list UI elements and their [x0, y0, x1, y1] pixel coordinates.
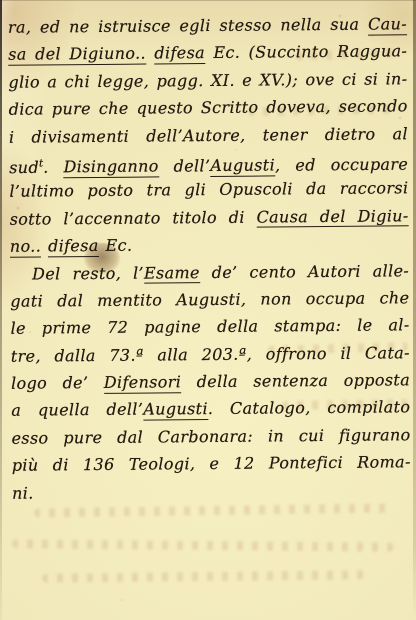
manuscript-line: l’ultimo posto tra gli Opuscoli da racco… [9, 175, 408, 206]
text-segment: a quella dell’ [11, 400, 143, 420]
underlined-text-segment: Esame [144, 263, 200, 284]
manuscript-line: sotto l’accennato titolo di Causa del Di… [10, 202, 409, 233]
manuscript-line: dica pure che questo Scritto doveva, sec… [9, 92, 408, 123]
text-segment: Del resto, l’ [32, 263, 144, 283]
manuscript-line: gati dal mentito Augusti, non occupa che [10, 284, 409, 315]
text-segment: più di 136 Teologi, e 12 Pontefici Roma- [12, 453, 411, 475]
text-segment: glio a chi legge, pagg. XI. e XV.); ove … [8, 69, 407, 91]
text-segment: i divisamenti dell’Autore, tener dietro … [9, 124, 408, 146]
bleed-through-mark [12, 539, 394, 551]
text-segment: . [43, 158, 64, 177]
manuscript-line: glio a chi legge, pagg. XI. e XV.); ove … [8, 65, 407, 96]
text-segment: sud [9, 158, 39, 177]
manuscript-line: tre, dalla 73.ª alla 203.ª, offrono il C… [11, 339, 410, 370]
text-segment: l’ultimo posto tra gli Opuscoli da racco… [9, 179, 408, 201]
text-segment: de’ cento Autori alle- [200, 261, 410, 282]
underlined-text-segment: Augusti [210, 156, 275, 177]
text-segment: ra, ed ne istruisce egli stesso nella su… [8, 15, 368, 37]
underlined-text-segment: Cau- [368, 14, 407, 35]
underlined-text-segment: difesa [154, 43, 205, 64]
underlined-text-segment: difesa [48, 236, 99, 257]
manuscript-line: ra, ed ne istruisce egli stesso nella su… [8, 10, 407, 41]
manuscript-text: ra, ed ne istruisce egli stesso nella su… [8, 10, 411, 506]
manuscript-line: sudt. Disinganno dell’Augusti, ed occupa… [9, 147, 408, 178]
manuscript-line: i divisamenti dell’Autore, tener dietro … [9, 120, 408, 151]
scan-edge-left [0, 0, 2, 620]
text-segment: Ec. [99, 236, 133, 255]
text-segment: logo de’ [11, 373, 104, 393]
underlined-text-segment: Causa del Digiu- [256, 206, 408, 228]
text-segment: ni. [12, 483, 34, 502]
text-segment: . Catalogo, compilato [208, 398, 411, 419]
manuscript-line: sa del Digiuno.. difesa Ec. (Succinto Ra… [8, 38, 407, 69]
text-segment: le prime 72 pagine della stampa: le al- [11, 316, 410, 338]
manuscript-line: no.. difesa Ec. [10, 229, 409, 260]
underlined-text-segment: Augusti [143, 399, 208, 420]
text-segment: Ec. (Succinto Raggua- [205, 42, 407, 63]
manuscript-page: ra, ed ne istruisce egli stesso nella su… [0, 0, 416, 620]
underlined-text-segment: sa del Digiuno.. [8, 44, 146, 66]
underlined-text-segment: Disinganno [64, 157, 159, 178]
manuscript-line: a quella dell’Augusti. Catalogo, compila… [11, 394, 410, 425]
manuscript-line: ni. [12, 476, 411, 507]
manuscript-line: esso pure dal Carbonara: in cui figurano [11, 421, 410, 452]
text-segment: tre, dalla 73.ª alla 203.ª, offrono il C… [11, 343, 410, 365]
manuscript-line: Del resto, l’Esame de’ cento Autori alle… [10, 257, 409, 288]
text-segment: dica pure che questo Scritto doveva, sec… [9, 96, 408, 118]
scan-edge-top [0, 0, 416, 1]
text-segment: sotto l’accennato titolo di [10, 207, 257, 228]
manuscript-line: logo de’ Difensori della sentenza oppost… [11, 366, 410, 397]
bleed-through-mark [42, 570, 368, 582]
text-segment: gati dal mentito Augusti, non occupa che [10, 288, 409, 310]
manuscript-line: le prime 72 pagine della stampa: le al- [10, 312, 409, 343]
text-segment: esso pure dal Carbonara: in cui figurano [11, 425, 410, 447]
text-segment: dell’ [159, 156, 211, 175]
underlined-text-segment: Difensori [104, 372, 182, 393]
manuscript-line: più di 136 Teologi, e 12 Pontefici Roma- [12, 449, 411, 480]
underlined-text-segment: no.. [10, 237, 41, 258]
text-segment: della sentenza opposta [181, 370, 410, 391]
text-segment: , ed occupare [275, 155, 408, 175]
